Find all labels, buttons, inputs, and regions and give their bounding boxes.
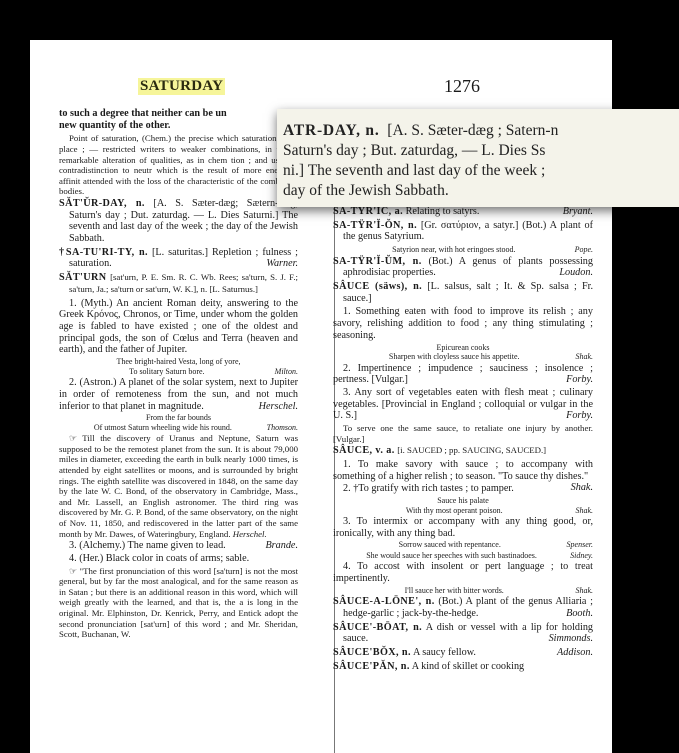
quote-spenser: Sorrow sauced with repentance.Spenser. [333,540,593,550]
quote-pope: Satyrion near, with hot eringoes stood.P… [333,245,593,255]
quote-sidney: She would sauce her speeches with such b… [333,551,593,561]
page-number: 1276 [444,76,480,97]
sauce-phrase: To serve one the same sauce, to retaliat… [333,423,593,444]
saturn-sense-1: 1. (Myth.) An ancient Roman deity, answe… [59,298,298,357]
running-head: SATURDAY 1276 [30,78,612,100]
saturn-note-1: ☞ Till the discovery of Uranus and Neptu… [59,433,298,539]
saturn-sense-2: 2. (Astron.) A planet of the solar syste… [59,377,298,412]
callout-line-1: ATR-DAY, n. [A. S. Sæter-dæg ; Satern-n [283,121,679,141]
entry-satyrion: SA-TŸR'Ĭ-ŎN, n. [Gr. σατύριον, a satyr.]… [333,220,593,243]
entry-sauce-verb: SÂUCE, v. a. [i. SAUCED ; pp. SAUCING, S… [333,445,593,457]
saturn-note-2: ☞ "The first pronunciation of this word … [59,566,298,640]
entry-sauce-alone: SÂUCE-A-LŌNE', n. (Bot.) A plant of the … [333,596,593,619]
saturn-sense-3: 3. (Alchemy.) The name given to lead. Br… [59,540,298,552]
saturation-paragraph: Point of saturation, (Chem.) the precise… [59,133,298,197]
sauce-verb-sense-1: 1. To make savory with sauce ; to accomp… [333,459,593,482]
callout-line-4: day of the Jewish Sabbath. [283,181,679,201]
entry-saturity: †SA-TU'RI-TY, n. [L. saturitas.] Repleti… [59,247,298,270]
quote-thomson: From the far bounds Of utmost Saturn whe… [59,413,298,432]
quote-sauce-palate: Sauce his palate With thy most operant p… [333,496,593,515]
head-word-highlighted: SATURDAY [138,78,225,95]
quote-bitter-words: I'll sauce her with bitter words.Shak. [333,586,593,596]
right-column: SA-TŸR'ĬC, a. Relating to satyrs. Bryant… [333,206,593,675]
quote-milton: Thee bright-haired Vesta, long of yore, … [59,357,298,376]
callout-line-3: ni.] The seventh and last day of the wee… [283,161,679,181]
entry-sauce-boat: SÂUCE'-BŌAT, n. A dish or vessel with a … [333,622,593,645]
entry-sauce-noun: SÂUCE (säws), n. [L. salsus, salt ; It. … [333,281,593,304]
callout-line-2: Saturn's day ; But. zaturdag, — L. Dies … [283,141,679,161]
left-column: to such a degree that neither can be un … [59,108,298,641]
quote-sauce-1: Epicurean cooks Sharpen with cloyless sa… [333,343,593,362]
sauce-noun-sense-2: 2. Impertinence ; impudence ; sauciness … [333,363,593,386]
magnified-callout: ATR-DAY, n. [A. S. Sæter-dæg ; Satern-n … [277,109,679,207]
sauce-noun-sense-3: 3. Any sort of vegetables eaten with fle… [333,387,593,422]
sauce-verb-sense-2: 2. †To gratify with rich tastes ; to pam… [333,483,593,495]
sauce-noun-sense-1: 1. Something eaten with food to improve … [333,306,593,341]
sauce-verb-sense-3: 3. To intermix or accompany with any thi… [333,516,593,539]
continuation-text: to such a degree that neither can be un … [59,108,298,131]
sauce-verb-sense-4: 4. To accost with insolent or pert langu… [333,561,593,584]
entry-saturday: SĂT'ŬR-DAY, n. [A. S. Sæter-dæg; Sætern-… [59,198,298,245]
entry-sauce-box: SÂUCE'BŎX, n. A saucy fellow. Addison. [333,647,593,659]
entry-saturn: SĂT'URN [sat'urn, P. E. Sm. R. C. Wb. Re… [59,272,298,295]
entry-sauce-pan: SÂUCE'PĂN, n. A kind of skillet or cooki… [333,661,593,673]
entry-satyric: SA-TŸR'ĬC, a. Relating to satyrs. Bryant… [333,206,593,218]
entry-satyrium: SA-TŸR'Ĭ-ŬM, n. (Bot.) A genus of plants… [333,256,593,279]
saturn-sense-4: 4. (Her.) Black color in coats of arms; … [59,553,298,565]
